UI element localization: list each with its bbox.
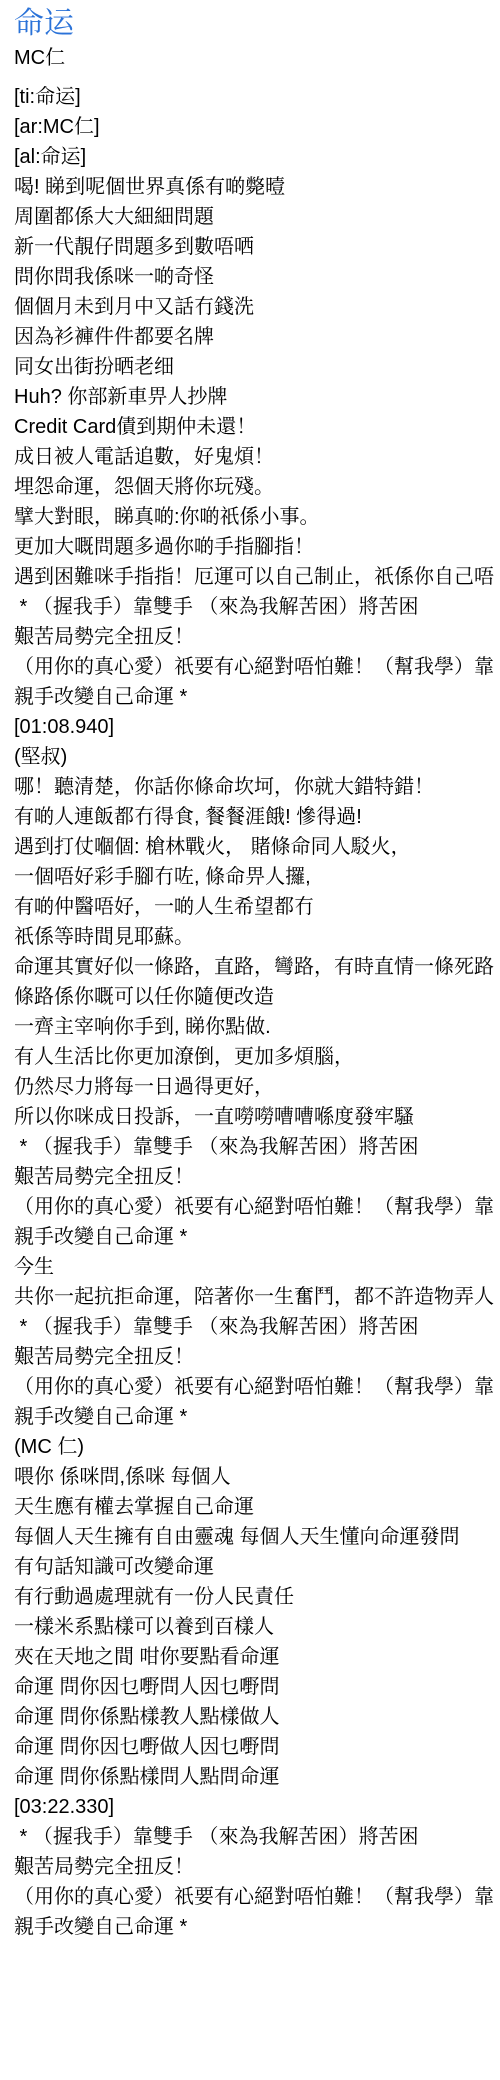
lyric-line: 命運 問你係點樣教人點樣做人 bbox=[14, 1702, 500, 1732]
page-title: 命运 bbox=[14, 6, 500, 42]
timestamp-line: [01:08.940] bbox=[14, 712, 500, 742]
lyric-line: 成日被人電話追數，好鬼煩！ bbox=[14, 442, 500, 472]
lyric-line: 每個人天生擁有自由靈魂 每個人天生懂向命運發問 bbox=[14, 1522, 500, 1552]
lyric-line: 命運 問你因乜嘢問人因乜嘢問 bbox=[14, 1672, 500, 1702]
lyric-line: 今生 bbox=[14, 1252, 500, 1282]
lyric-line: 仍然尽力將每一日過得更好， bbox=[14, 1072, 500, 1102]
lyric-line: 親手改變自己命運 * bbox=[14, 1402, 500, 1432]
lyric-line: 共你一起抗拒命運，陪著你一生奮鬥，都不許造物弄人 bbox=[14, 1282, 500, 1312]
lyric-line: 一樣米系點樣可以養到百樣人 bbox=[14, 1612, 500, 1642]
lyric-line: 有行動過處理就有一份人民責任 bbox=[14, 1582, 500, 1612]
artist-name: MC仁 bbox=[14, 46, 500, 70]
lyric-line: * （握我手）靠雙手 （來為我解苦困）將苦困 bbox=[14, 592, 500, 622]
lrc-meta-line: [al:命运] bbox=[14, 142, 500, 172]
lyric-line: * （握我手）靠雙手 （來為我解苦困）將苦困 bbox=[14, 1822, 500, 1852]
lyric-line: 同女出街扮晒老细 bbox=[14, 352, 500, 382]
lyric-line: Huh? 你部新車畀人抄牌 bbox=[14, 382, 500, 412]
lyric-line: Credit Card債到期仲未還！ bbox=[14, 412, 500, 442]
lyric-line: 夾在天地之間 咁你要點看命運 bbox=[14, 1642, 500, 1672]
lyric-line: 命運 問你因乜嘢做人因乜嘢問 bbox=[14, 1732, 500, 1762]
lyric-line: 新一代靚仔問題多到數唔哂 bbox=[14, 232, 500, 262]
lyric-line: 命運其實好似一條路，直路，彎路，有時直情一條死路 bbox=[14, 952, 500, 982]
lyric-line: 埋怨命運，怨個天將你玩殘。 bbox=[14, 472, 500, 502]
lyric-line: 遇到困難咪手指指！厄運可以自己制止，祇係你自己唔 bbox=[14, 562, 500, 592]
lyric-line: 有啲人連飯都冇得食, 餐餐涯餓! 慘得過! bbox=[14, 802, 500, 832]
lyric-line: 擘大對眼，睇真啲:你啲祇係小事。 bbox=[14, 502, 500, 532]
lyric-line: (MC 仁) bbox=[14, 1432, 500, 1462]
lyric-line: (堅叔) bbox=[14, 742, 500, 772]
lyric-line: 遇到打仗嗰個: 槍林戰火， 賭條命同人駁火， bbox=[14, 832, 500, 862]
lyric-line: （用你的真心愛）祇要有心絕對唔怕難！（幫我學）靠 bbox=[14, 1192, 500, 1222]
lyric-line: * （握我手）靠雙手 （來為我解苦困）將苦困 bbox=[14, 1312, 500, 1342]
lyric-line: 喂你 係咪問,係咪 每個人 bbox=[14, 1462, 500, 1492]
lyric-line: 親手改變自己命運 * bbox=[14, 1912, 500, 1942]
lyrics-page: 命运 MC仁 [ti:命运][ar:MC仁][al:命运]喝! 睇到呢個世界真係… bbox=[0, 0, 500, 1942]
lyric-line: 個個月未到月中又話冇錢洗 bbox=[14, 292, 500, 322]
lyric-line: 哪！聽清楚，你話你條命坎坷，你就大錯特錯！ bbox=[14, 772, 500, 802]
lyric-line: 有人生活比你更加潦倒，更加多煩腦， bbox=[14, 1042, 500, 1072]
lyric-line: 更加大嘅問題多過你啲手指腳指！ bbox=[14, 532, 500, 562]
lyric-line: 喝! 睇到呢個世界真係有啲斃曀 bbox=[14, 172, 500, 202]
lyric-line: 艱苦局勢完全扭反！ bbox=[14, 622, 500, 652]
lyric-line: 一齊主宰响你手到, 睇你點做. bbox=[14, 1012, 500, 1042]
lyric-line: 周圍都係大大細細問題 bbox=[14, 202, 500, 232]
lyric-line: 艱苦局勢完全扭反！ bbox=[14, 1162, 500, 1192]
lyric-line: 因為衫褲件件都要名牌 bbox=[14, 322, 500, 352]
lyric-line: 問你問我係咪一啲奇怪 bbox=[14, 262, 500, 292]
lyric-line: （用你的真心愛）祇要有心絕對唔怕難！（幫我學）靠 bbox=[14, 1882, 500, 1912]
lyric-line: 命運 問你係點樣問人點問命運 bbox=[14, 1762, 500, 1792]
timestamp-line: [03:22.330] bbox=[14, 1792, 500, 1822]
lyric-line: 艱苦局勢完全扭反！ bbox=[14, 1852, 500, 1882]
lyric-line: （用你的真心愛）祇要有心絕對唔怕難！（幫我學）靠 bbox=[14, 652, 500, 682]
lyric-line: 祇係等時間見耶蘇。 bbox=[14, 922, 500, 952]
lyric-line: 所以你咪成日投訴，一直嘮嘮嘈嘈喺度發牢騷 bbox=[14, 1102, 500, 1132]
lyric-line: 有啲仲醫唔好，一啲人生希望都冇 bbox=[14, 892, 500, 922]
lrc-meta-line: [ti:命运] bbox=[14, 82, 500, 112]
lyric-line: 艱苦局勢完全扭反！ bbox=[14, 1342, 500, 1372]
lyric-line: （用你的真心愛）祇要有心絕對唔怕難！（幫我學）靠 bbox=[14, 1372, 500, 1402]
lyric-line: 有句話知識可改變命運 bbox=[14, 1552, 500, 1582]
lrc-meta-line: [ar:MC仁] bbox=[14, 112, 500, 142]
lyric-line: 一個唔好彩手腳冇咗, 條命畀人攞, bbox=[14, 862, 500, 892]
lyrics-block: [ti:命运][ar:MC仁][al:命运]喝! 睇到呢個世界真係有啲斃曀周圍都… bbox=[14, 82, 500, 1942]
lyric-line: 條路係你嘅可以任你隨便改造 bbox=[14, 982, 500, 1012]
lyric-line: 親手改變自己命運 * bbox=[14, 682, 500, 712]
lyric-line: 天生應有權去掌握自己命運 bbox=[14, 1492, 500, 1522]
lyric-line: 親手改變自己命運 * bbox=[14, 1222, 500, 1252]
lyric-line: * （握我手）靠雙手 （來為我解苦困）將苦困 bbox=[14, 1132, 500, 1162]
